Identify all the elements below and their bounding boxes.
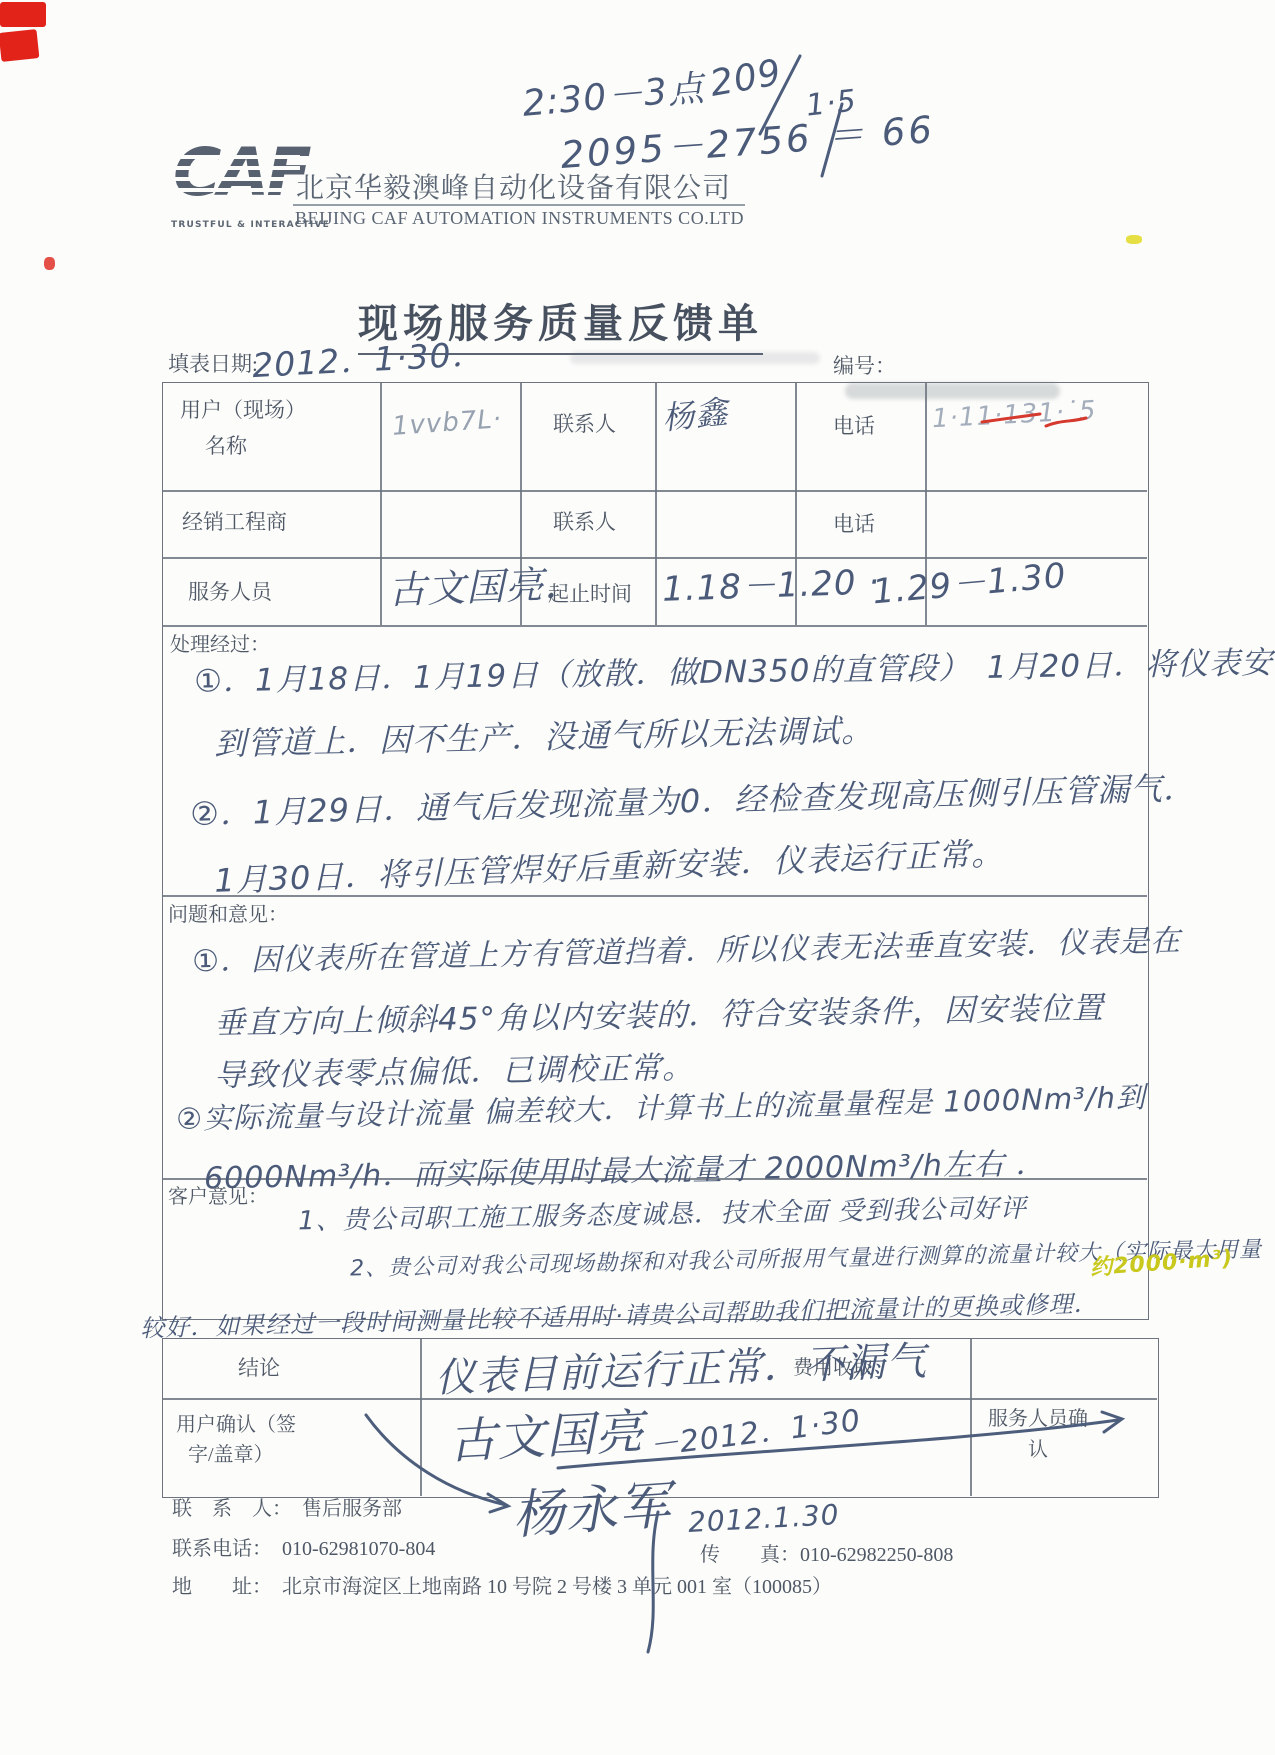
user-signature: 古文国亮 [446,1393,645,1472]
phone-label-row2: 电话 [833,508,875,538]
table-vline [655,382,657,625]
red-scan-mark-1 [0,2,46,27]
conclusion-label: 结论 [238,1352,280,1382]
staff-confirm-label: 服务人员确认 [982,1404,1094,1466]
contact-label-row1: 联系人 [553,408,616,438]
user-name-label-line1: 用户（现场） [180,394,306,424]
user-confirm-label-line2: 字/盖章） [188,1438,274,1467]
footer-address: 地 址： 北京市海淀区上地南路 10 号院 2 号楼 3 单元 001 室（10… [172,1570,832,1599]
logo-stripe [170,177,300,181]
handwritten-number-note: 209 [707,52,785,105]
phone-label-row1: 电话 [833,410,875,440]
table-hline [162,625,1147,627]
staff-signature-date: 2012.1.30 [687,1498,840,1539]
yellow-scan-dot [1126,235,1142,244]
fill-date-value: 2012．1·30． [251,328,487,387]
letterhead-rule [293,204,745,206]
caf-logo: CAF [173,134,309,211]
table-vline [420,1338,422,1496]
user-name-label-line2: 名称 [205,430,247,460]
contact-label-row2: 联系人 [553,506,616,536]
logo-stripe [170,155,300,159]
footer-tel: 联系电话： 010-62981070-804 [172,1532,435,1561]
table-vline [970,1338,972,1496]
footer-contact: 联 系 人： 售后服务部 [172,1492,402,1521]
red-scan-dot [44,257,55,270]
scanned-service-feedback-form: 2:30－3点 209 1·5 2095－2756 ＝ 66 CAF TRUST… [0,0,1275,1755]
fill-date-label: 填表日期: [168,348,258,378]
logo-stripe [170,188,300,192]
company-name-chinese: 北京华毅澳峰自动化设备有限公司 [296,166,731,206]
contact-value-row1: 杨鑫 [660,387,730,440]
logo-stripe [170,166,300,170]
user-confirm-label-line1: 用户确认（签 [176,1408,296,1437]
customer-section-label: 客户意见： [168,1180,268,1209]
issues-section-label: 问题和意见： [168,898,288,927]
period-label: 起止时间 [548,578,632,608]
period-value-1: 1.18－1.20 · [661,554,881,611]
company-name-english: BEIJING CAF AUTOMATION INSTRUMENTS CO.LT… [295,208,744,229]
form-number-label: 编号： [833,350,896,380]
table-hline [162,1398,1157,1400]
staff-signature: 杨永军 [510,1463,674,1549]
red-scan-mark-2 [0,29,39,62]
footer-fax: 传 真：010-62982250-808 [700,1538,953,1567]
dealer-label: 经销工程商 [182,506,287,536]
table-vline [380,382,382,625]
process-section-label: 处理经过： [170,628,270,657]
service-staff-label: 服务人员 [188,576,272,606]
